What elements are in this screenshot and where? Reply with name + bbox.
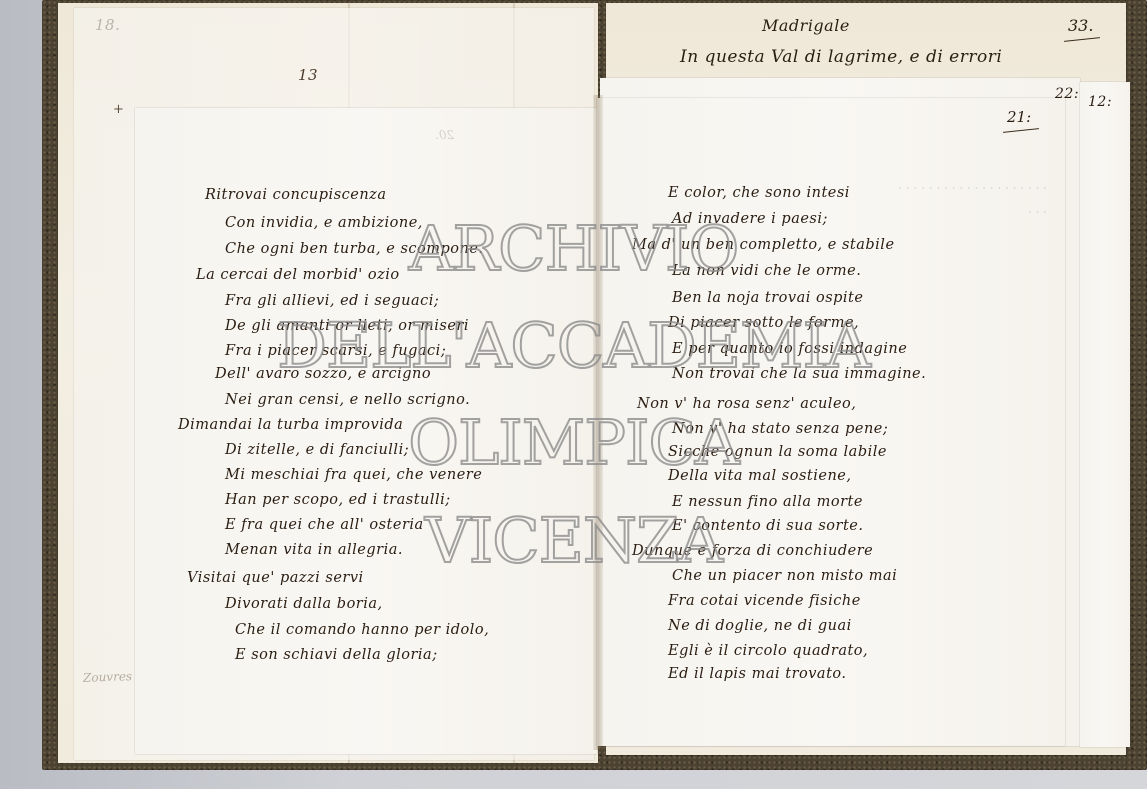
- bleed-through: 20.: [435, 128, 454, 142]
- verse-line: E son schiavi della gloria;: [235, 647, 438, 663]
- madrigal-first-line: In questa Val di lagrime, e di errori: [680, 47, 1002, 67]
- verse-line: Che il comando hanno per idolo,: [235, 622, 489, 638]
- back-sheet-number: 13: [298, 66, 318, 84]
- margin-note: Zouvres: [83, 669, 133, 685]
- verse-line: Egli è il circolo quadrato,: [668, 643, 868, 659]
- page-number-text: 21:: [1007, 108, 1031, 126]
- back-page-number-text: 33.: [1068, 16, 1093, 35]
- watermark-line: DELL'ACCADEMIA: [0, 315, 1147, 377]
- verse-line: Visitai que' pazzi servi: [187, 570, 364, 586]
- cross-mark: +: [113, 102, 124, 117]
- verse-line: Ben la noja trovai ospite: [672, 290, 863, 306]
- verse-line: E color, che sono intesi: [668, 185, 850, 201]
- verse-line: Ne di doglie, ne di guai: [668, 618, 852, 634]
- verse-line: Fra gli allievi, ed i seguaci;: [225, 293, 439, 309]
- verse-line: Ritrovai concupiscenza: [205, 187, 386, 203]
- madrigal-heading: Madrigale: [762, 16, 850, 35]
- watermark-line: OLIMPICA: [0, 412, 1147, 474]
- verse-line: Fra cotai vicende fisiche: [668, 593, 861, 609]
- page-number: 21:: [1007, 108, 1031, 126]
- corner-number: 18.: [95, 16, 120, 34]
- watermark-line: ARCHIVIO: [0, 218, 1147, 280]
- back-page-number: 33.: [1068, 16, 1093, 35]
- verse-line: Han per scopo, ed i trastulli;: [225, 492, 451, 508]
- verse-line: Divorati dalla boria,: [225, 596, 383, 612]
- watermark-line: VICENZA: [0, 510, 1147, 572]
- inner-number-b: 12:: [1088, 94, 1112, 110]
- bleed-through: . . . . . . . . . . . . . . . . . . . . …: [897, 173, 1047, 221]
- verse-line: Ed il lapis mai trovato.: [668, 666, 847, 682]
